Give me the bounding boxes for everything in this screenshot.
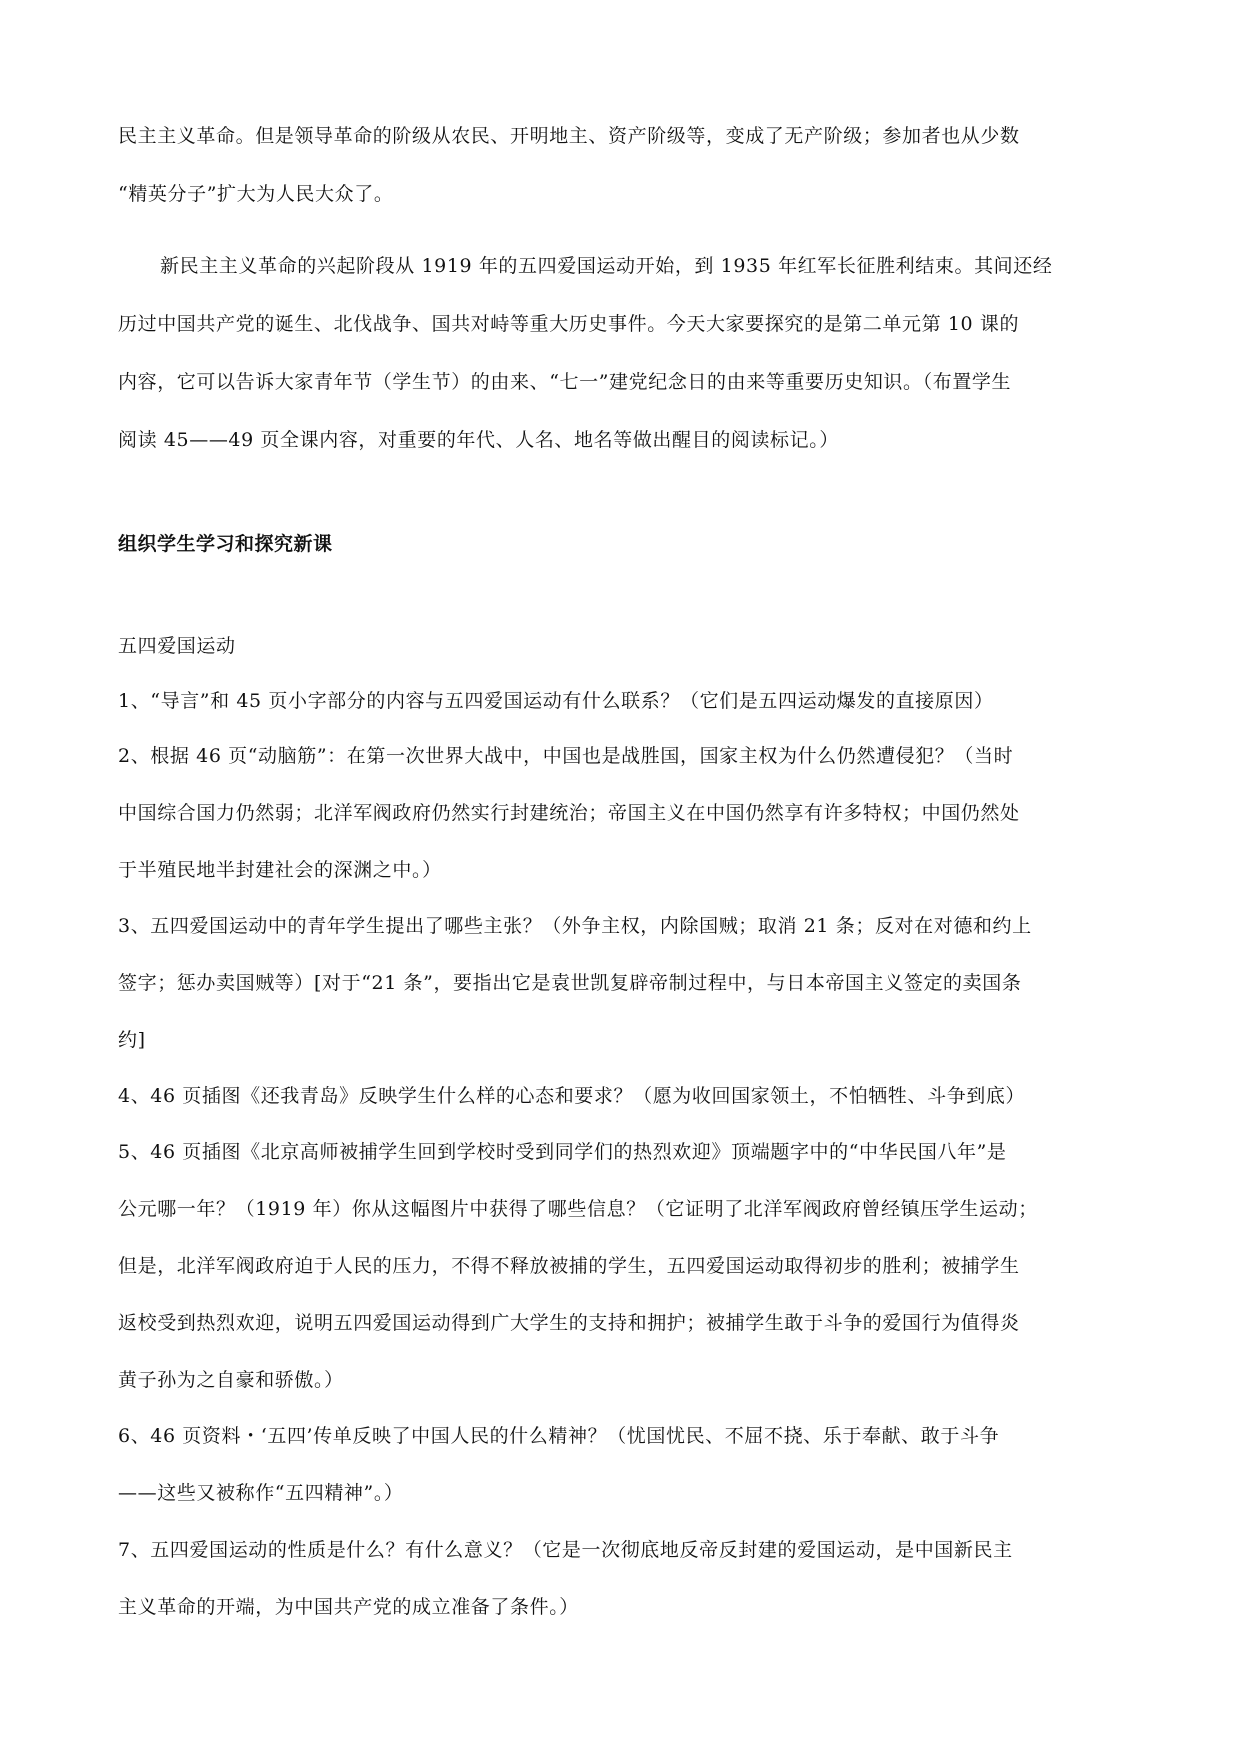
text-line: 2、根据 46 页“动脑筋”：在第一次世界大战中，中国也是战胜国，国家主权为什么… <box>118 744 1128 768</box>
text-line: “精英分子”扩大为人民大众了。 <box>118 182 1128 206</box>
text-line: 新民主主义革命的兴起阶段从 1919 年的五四爱国运动开始，到 1935 年红军… <box>160 254 1170 278</box>
text-line: 签字；惩办卖国贼等）[对于“21 条”，要指出它是袁世凯复辟帝制过程中，与日本帝… <box>118 971 1128 995</box>
document-page: 民主主义革命。但是领导革命的阶级从农民、开明地主、资产阶级等，变成了无产阶级；参… <box>0 0 1241 1754</box>
section-heading: 组织学生学习和探究新课 <box>118 532 1128 556</box>
text-line: 1、“导言”和 45 页小字部分的内容与五四爱国运动有什么联系？（它们是五四运动… <box>118 689 1128 713</box>
text-line: 中国综合国力仍然弱；北洋军阀政府仍然实行封建统治；帝国主义在中国仍然享有许多特权… <box>118 801 1128 825</box>
text-line: 公元哪一年？（1919 年）你从这幅图片中获得了哪些信息？（它证明了北洋军阀政府… <box>118 1197 1128 1221</box>
text-line: 但是，北洋军阀政府迫于人民的压力，不得不释放被捕的学生，五四爱国运动取得初步的胜… <box>118 1254 1128 1278</box>
text-line: 6、46 页资料・‘五四’传单反映了中国人民的什么精神？（忧国忧民、不屈不挠、乐… <box>118 1424 1128 1448</box>
text-line: ——这些又被称作“五四精神”。） <box>118 1481 1128 1505</box>
text-line: 7、五四爱国运动的性质是什么？有什么意义？（它是一次彻底地反帝反封建的爱国运动，… <box>118 1538 1128 1562</box>
subsection-title: 五四爱国运动 <box>118 634 1128 658</box>
text-line: 约] <box>118 1028 1128 1052</box>
text-line: 主义革命的开端，为中国共产党的成立准备了条件。） <box>118 1595 1128 1619</box>
text-line: 5、46 页插图《北京高师被捕学生回到学校时受到同学们的热烈欢迎》顶端题字中的“… <box>118 1140 1128 1164</box>
text-line: 返校受到热烈欢迎，说明五四爱国运动得到广大学生的支持和拥护；被捕学生敢于斗争的爱… <box>118 1311 1128 1335</box>
text-line: 4、46 页插图《还我青岛》反映学生什么样的心态和要求？（愿为收回国家领土，不怕… <box>118 1084 1128 1108</box>
text-line: 黄子孙为之自豪和骄傲。） <box>118 1368 1128 1392</box>
text-line: 民主主义革命。但是领导革命的阶级从农民、开明地主、资产阶级等，变成了无产阶级；参… <box>118 124 1128 148</box>
text-line: 内容，它可以告诉大家青年节（学生节）的由来、“七一”建党纪念日的由来等重要历史知… <box>118 370 1128 394</box>
text-line: 于半殖民地半封建社会的深渊之中。） <box>118 858 1128 882</box>
text-line: 3、五四爱国运动中的青年学生提出了哪些主张？（外争主权，内除国贼；取消 21 条… <box>118 914 1128 938</box>
text-line: 阅读 45——49 页全课内容，对重要的年代、人名、地名等做出醒目的阅读标记。） <box>118 428 1128 452</box>
text-line: 历过中国共产党的诞生、北伐战争、国共对峙等重大历史事件。今天大家要探究的是第二单… <box>118 312 1128 336</box>
